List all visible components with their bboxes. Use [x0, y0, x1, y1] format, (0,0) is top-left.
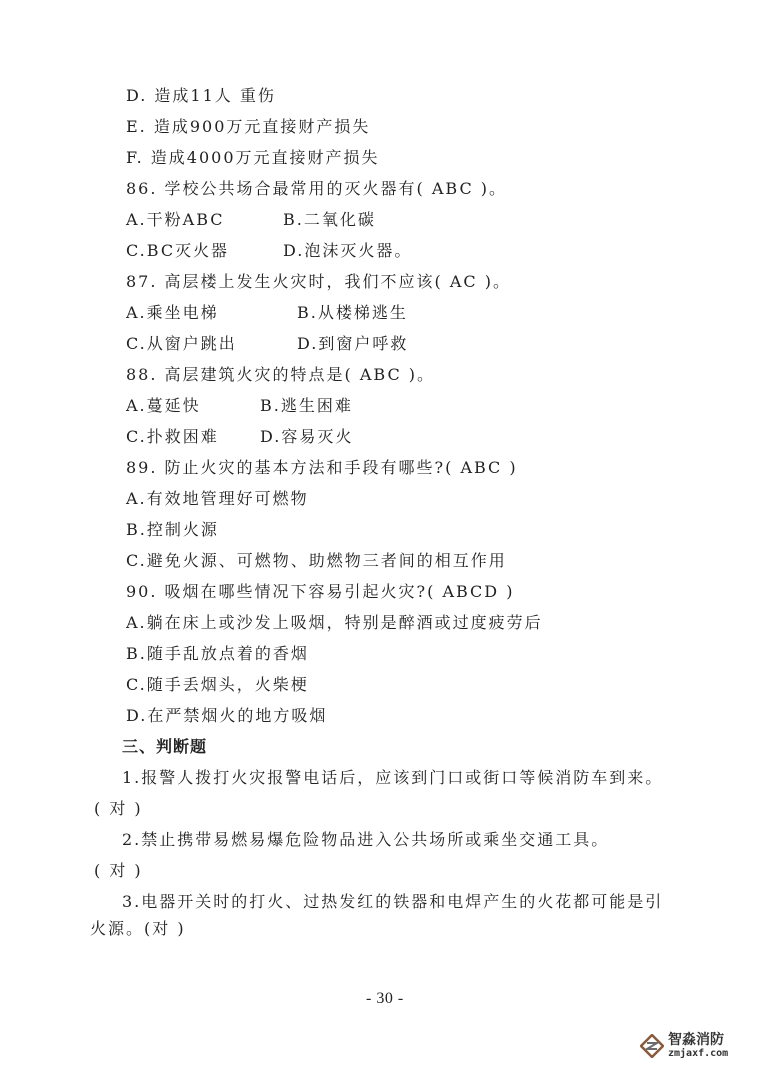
question-87: 87. 高层楼上发生火灾时，我们不应该( AC )。	[126, 272, 511, 292]
option-88-c: C.扑救困难	[126, 427, 219, 447]
option-88-b: B.逃生困难	[260, 396, 353, 416]
watermark-name: 智淼消防	[668, 1033, 728, 1047]
tf-answer-2: ( 对 )	[94, 861, 143, 881]
question-86: 86. 学校公共场合最常用的灭火器有( ABC )。	[126, 179, 507, 199]
option-86-d: D.泡沫灭火器。	[283, 241, 412, 261]
page-number: - 30 -	[366, 990, 404, 1008]
option-88-a: A.蔓延快	[126, 396, 201, 416]
option-89-a: A.有效地管理好可燃物	[126, 489, 309, 509]
option-86-b: B.二氧化碳	[283, 210, 376, 230]
diamond-z-logo-icon	[640, 1034, 664, 1058]
tf-question-1: 1.报警人拨打火灾报警电话后，应该到门口或街口等候消防车到来。	[122, 768, 663, 788]
tf-question-3: 3.电器开关时的打火、过热发红的铁器和电焊产生的火花都可能是引	[122, 892, 663, 912]
option-prev-e: E. 造成900万元直接财产损失	[126, 117, 370, 137]
option-89-c: C.避免火源、可燃物、助燃物三者间的相互作用	[126, 551, 507, 571]
option-88-d: D.容易灭火	[260, 427, 353, 447]
option-90-a: A.躺在床上或沙发上吸烟，特别是醉酒或过度疲劳后	[126, 613, 543, 633]
option-87-a: A.乘坐电梯	[126, 303, 219, 323]
watermark-url: zmjaxf.com	[668, 1049, 728, 1059]
tf-question-3-continued: 火源。(对 )	[90, 919, 186, 939]
option-87-d: D.到窗户呼救	[297, 334, 408, 354]
option-87-c: C.从窗户跳出	[126, 334, 237, 354]
option-prev-f: F. 造成4000万元直接财产损失	[126, 148, 380, 168]
option-86-c: C.BC灭火器	[126, 241, 229, 261]
option-prev-d: D. 造成11人 重伤	[126, 86, 276, 106]
section-heading-true-false: 三、判断题	[122, 737, 207, 757]
option-89-b: B.控制火源	[126, 520, 219, 540]
option-87-b: B.从楼梯逃生	[297, 303, 408, 323]
tf-answer-1: ( 对 )	[94, 799, 143, 819]
question-88: 88. 高层建筑火灾的特点是( ABC )。	[126, 365, 435, 385]
option-90-b: B.随手乱放点着的香烟	[126, 644, 309, 664]
option-86-a: A.干粉ABC	[126, 210, 225, 230]
watermark: 智淼消防 zmjaxf.com	[640, 1028, 750, 1064]
question-89: 89. 防止火灾的基本方法和手段有哪些?( ABC )	[126, 458, 518, 478]
question-90: 90. 吸烟在哪些情况下容易引起火灾?( ABCD )	[126, 582, 514, 602]
tf-question-2: 2.禁止携带易燃易爆危险物品进入公共场所或乘坐交通工具。	[122, 830, 609, 850]
option-90-d: D.在严禁烟火的地方吸烟	[126, 706, 327, 726]
option-90-c: C.随手丢烟头，火柴梗	[126, 675, 309, 695]
document-page: D. 造成11人 重伤 E. 造成900万元直接财产损失 F. 造成4000万元…	[0, 0, 759, 1069]
